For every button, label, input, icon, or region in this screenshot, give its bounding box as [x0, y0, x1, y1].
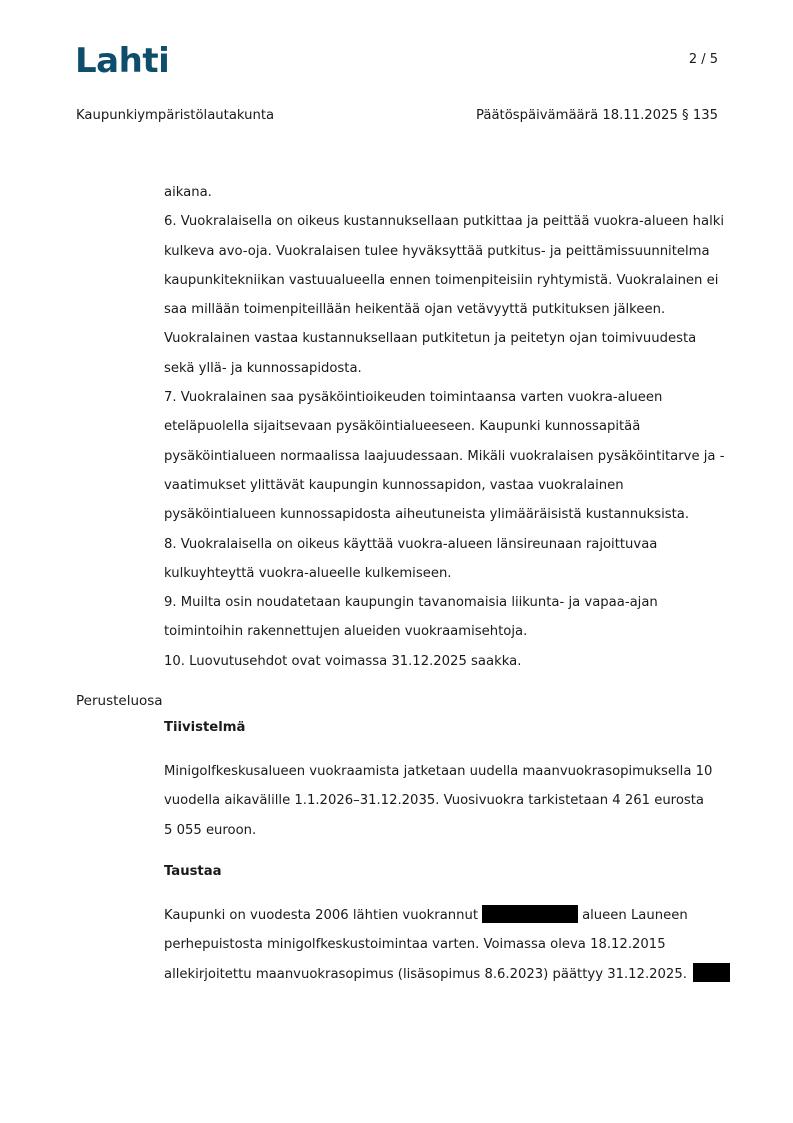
- condition-line: 8. Vuokralaisella on oikeus käyttää vuok…: [164, 530, 724, 559]
- condition-line: eteläpuolella sijaitsevaan pysäköintialu…: [164, 412, 724, 441]
- summary-heading: Tiivistelmä: [164, 720, 245, 735]
- condition-line: toimintoihin rakennettujen alueiden vuok…: [164, 617, 724, 646]
- summary-line: Minigolfkeskusalueen vuokraamista jatket…: [164, 757, 724, 786]
- condition-line: vaatimukset ylittävät kaupungin kunnossa…: [164, 471, 724, 500]
- condition-line: kulkuyhteyttä vuokra-alueelle kulkemisee…: [164, 559, 724, 588]
- lahti-logo: Lahti: [75, 44, 169, 78]
- decision-date: Päätöspäivämäärä 18.11.2025 § 135: [476, 108, 718, 123]
- condition-line: pysäköintialueen normaalissa laajuudessa…: [164, 442, 724, 471]
- summary-line: vuodella aikavälille 1.1.2026–31.12.2035…: [164, 786, 724, 815]
- summary-line: 5 055 euroon.: [164, 816, 724, 845]
- background-line-1-end: alueen Launeen: [582, 908, 688, 923]
- redaction-box: [693, 963, 730, 982]
- condition-line: aikana.: [164, 178, 724, 207]
- committee-name: Kaupunkiympäristölautakunta: [76, 108, 274, 123]
- background-line-1-start: Kaupunki on vuodesta 2006 lähtien vuokra…: [164, 908, 478, 923]
- condition-line: 7. Vuokralainen saa pysäköintioikeuden t…: [164, 383, 724, 412]
- condition-line: sekä yllä- ja kunnossapidosta.: [164, 354, 724, 383]
- lease-conditions: aikana. 6. Vuokralaisella on oikeus kust…: [164, 178, 724, 676]
- condition-line: kulkeva avo-oja. Vuokralaisen tulee hyvä…: [164, 237, 724, 266]
- condition-line: 9. Muilta osin noudatetaan kaupungin tav…: [164, 588, 724, 617]
- section-label-rationale: Perusteluosa: [76, 693, 163, 709]
- condition-line: saa millään toimenpiteillään heikentää o…: [164, 295, 724, 324]
- background-line-3-text: allekirjoitettu maanvuokrasopimus (lisäs…: [164, 967, 687, 982]
- condition-line: pysäköintialueen kunnossapidosta aiheutu…: [164, 500, 724, 529]
- background-heading: Taustaa: [164, 864, 222, 879]
- background-line: allekirjoitettu maanvuokrasopimus (lisäs…: [164, 960, 724, 989]
- condition-line: kaupunkitekniikan vastuualueella ennen t…: [164, 266, 724, 295]
- background-line: perhepuistosta minigolfkeskustoimintaa v…: [164, 930, 724, 959]
- background-paragraph: Kaupunki on vuodesta 2006 lähtien vuokra…: [164, 901, 724, 989]
- condition-line: 10. Luovutusehdot ovat voimassa 31.12.20…: [164, 647, 724, 676]
- page-number: 2 / 5: [689, 52, 718, 67]
- redaction-box: [482, 905, 578, 923]
- summary-paragraph: Minigolfkeskusalueen vuokraamista jatket…: [164, 757, 724, 845]
- condition-line: Vuokralainen vastaa kustannuksellaan put…: [164, 324, 724, 353]
- background-line: Kaupunki on vuodesta 2006 lähtien vuokra…: [164, 901, 724, 930]
- condition-line: 6. Vuokralaisella on oikeus kustannuksel…: [164, 207, 724, 236]
